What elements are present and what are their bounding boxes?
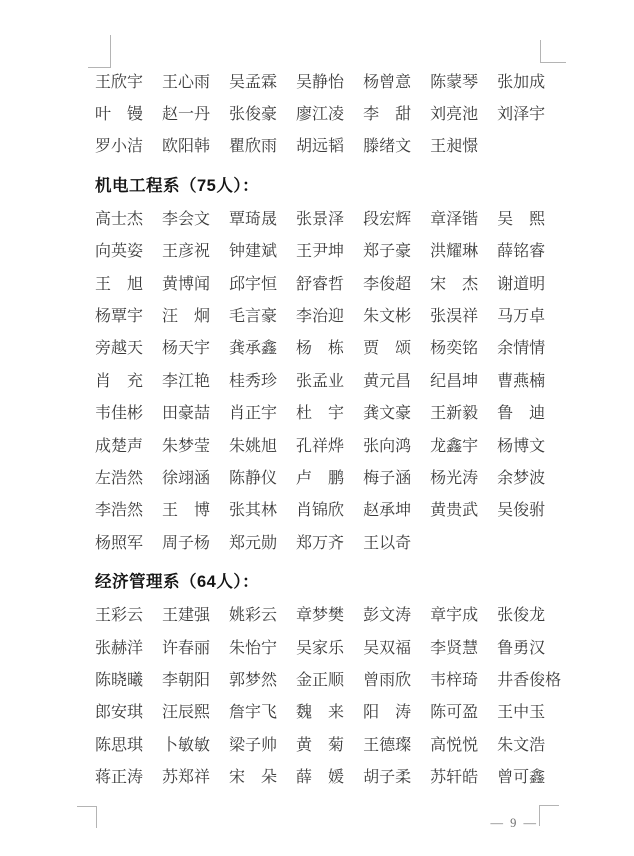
- student-name: 梅子涵: [363, 465, 411, 488]
- student-name: 杨光涛: [430, 465, 478, 488]
- student-name: 龚文豪: [363, 400, 411, 423]
- student-name: 舒睿哲: [296, 271, 344, 294]
- student-name: 黄博闻: [162, 271, 210, 294]
- name-row: 向英姿王彦祝钟建斌王尹坤郑子豪洪耀琳薛铭睿: [95, 234, 565, 266]
- student-name: 王以奇: [363, 530, 411, 553]
- student-name: 曾可鑫: [497, 764, 545, 787]
- student-name: 李江艳: [162, 368, 210, 391]
- student-name: 薛铭睿: [497, 238, 545, 261]
- student-name: 杜 宇: [296, 400, 344, 423]
- student-name: 高悦悦: [430, 732, 478, 755]
- student-name: 毛言豪: [229, 303, 277, 326]
- student-name: 杨照军: [95, 530, 143, 553]
- page-background: 王欣宇王心雨吴孟霖吴静怡杨曾意陈蒙琴张加成叶 镘赵一丹张俊豪廖江凌李 甜刘亮池刘…: [0, 0, 634, 856]
- student-name: 金正顺: [296, 667, 344, 690]
- student-name: 詹宇飞: [229, 699, 277, 722]
- student-name: 李会文: [162, 206, 210, 229]
- student-name: 苏轩皓: [430, 764, 478, 787]
- student-name: 薛 媛: [296, 764, 344, 787]
- student-name: 张俊龙: [497, 602, 545, 625]
- student-name: 王 旭: [95, 271, 143, 294]
- student-name: 郑子豪: [363, 238, 411, 261]
- student-name: 邱宇恒: [229, 271, 277, 294]
- student-name: 王 博: [162, 497, 210, 520]
- student-name: 郎安琪: [95, 699, 143, 722]
- student-name: 肖 充: [95, 368, 143, 391]
- student-name: 滕绪文: [363, 133, 411, 156]
- student-name: 张加成: [497, 69, 545, 92]
- student-name: 覃琦晟: [229, 206, 277, 229]
- student-name: 马万卓: [497, 303, 545, 326]
- student-name: 宋 朵: [229, 764, 277, 787]
- student-name: 吴孟霖: [229, 69, 277, 92]
- name-row: 高士杰李会文覃琦晟张景泽段宏辉章泽锴吴 熙: [95, 201, 565, 233]
- student-name: 胡子柔: [363, 764, 411, 787]
- student-name: 许春丽: [162, 635, 210, 658]
- student-name: 杨 栋: [296, 335, 344, 358]
- student-name: 鲁 迪: [497, 400, 545, 423]
- student-name: 贾 颂: [363, 335, 411, 358]
- name-row: 左浩然徐翊涵陈静仪卢 鹏梅子涵杨光涛余梦波: [95, 460, 565, 492]
- student-name: 张孟业: [296, 368, 344, 391]
- student-name: 朱文彬: [363, 303, 411, 326]
- student-name: 田豪喆: [162, 400, 210, 423]
- name-row: 蒋正涛苏郑祥宋 朵薛 媛胡子柔苏轩皓曾可鑫: [95, 759, 565, 791]
- student-name: 纪昌坤: [430, 368, 478, 391]
- student-name: 黄贵武: [430, 497, 478, 520]
- student-name: 赵承坤: [363, 497, 411, 520]
- student-name: 汪辰熙: [162, 699, 210, 722]
- student-name: 张景泽: [296, 206, 344, 229]
- student-name: 叶 镘: [95, 101, 143, 124]
- student-name: 刘亮池: [430, 101, 478, 124]
- name-row: 陈晓曦李朝阳郭梦然金正顺曾雨欣韦梓琦井香俊格: [95, 662, 565, 694]
- student-name: 魏 来: [296, 699, 344, 722]
- student-name: 欧阳韩: [162, 133, 210, 156]
- student-name: 吴 熙: [497, 206, 545, 229]
- student-name: 杨曾意: [363, 69, 411, 92]
- student-name: 卢 鹏: [296, 465, 344, 488]
- student-name: 王彩云: [95, 602, 143, 625]
- name-row: 成楚声朱梦莹朱姚旭孔祥烨张向鸿龙鑫宇杨博文: [95, 428, 565, 460]
- student-name: 王德璨: [363, 732, 411, 755]
- name-row: 肖 充李江艳桂秀珍张孟业黄元昌纪昌坤曹燕楠: [95, 363, 565, 395]
- student-name: 张赫洋: [95, 635, 143, 658]
- name-row: 王欣宇王心雨吴孟霖吴静怡杨曾意陈蒙琴张加成: [95, 64, 565, 96]
- student-name: 余情情: [497, 335, 545, 358]
- student-name: 瞿欣雨: [229, 133, 277, 156]
- crop-mark-bottom-left: [77, 806, 97, 828]
- student-name: 周子杨: [162, 530, 210, 553]
- student-name: 左浩然: [95, 465, 143, 488]
- student-name: 彭文涛: [363, 602, 411, 625]
- student-name: 陈可盈: [430, 699, 478, 722]
- student-name: 余梦波: [497, 465, 545, 488]
- student-name: 陈思琪: [95, 732, 143, 755]
- student-name: 阳 涛: [363, 699, 411, 722]
- student-name: 洪耀琳: [430, 238, 478, 261]
- student-name: 王心雨: [162, 69, 210, 92]
- crop-mark-bottom-right: [539, 805, 559, 826]
- document-body: 王欣宇王心雨吴孟霖吴静怡杨曾意陈蒙琴张加成叶 镘赵一丹张俊豪廖江凌李 甜刘亮池刘…: [95, 64, 565, 792]
- student-name: 王建强: [162, 602, 210, 625]
- student-name: 段宏辉: [363, 206, 411, 229]
- student-name: 吴双福: [363, 635, 411, 658]
- student-name: 杨博文: [497, 433, 545, 456]
- student-name: 王欣宇: [95, 69, 143, 92]
- student-name: 韦佳彬: [95, 400, 143, 423]
- student-name: 旁越天: [95, 335, 143, 358]
- student-name: 朱怡宁: [229, 635, 277, 658]
- student-name: 鲁勇汉: [497, 635, 545, 658]
- student-name: 苏郑祥: [162, 764, 210, 787]
- student-name: 王彦祝: [162, 238, 210, 261]
- name-row: 叶 镘赵一丹张俊豪廖江凌李 甜刘亮池刘泽宇: [95, 96, 565, 128]
- student-name: 刘泽宇: [497, 101, 545, 124]
- student-name: 陈晓曦: [95, 667, 143, 690]
- student-name: 李 甜: [363, 101, 411, 124]
- student-name: 宋 杰: [430, 271, 478, 294]
- student-name: 黄元昌: [363, 368, 411, 391]
- student-name: 钟建斌: [229, 238, 277, 261]
- student-name: 廖江凌: [296, 101, 344, 124]
- name-row: 王 旭黄博闻邱宇恒舒睿哲李俊超宋 杰谢道明: [95, 266, 565, 298]
- student-name: 张向鸿: [363, 433, 411, 456]
- student-name: 孔祥烨: [296, 433, 344, 456]
- student-name: 蒋正涛: [95, 764, 143, 787]
- page-number: — 9 —: [491, 816, 539, 831]
- student-name: 郭梦然: [229, 667, 277, 690]
- name-row: 韦佳彬田豪喆肖正宇杜 宇龚文豪王新毅鲁 迪: [95, 396, 565, 428]
- student-name: 王中玉: [497, 699, 545, 722]
- student-name: 向英姿: [95, 238, 143, 261]
- student-name: 王尹坤: [296, 238, 344, 261]
- student-name: 黄 菊: [296, 732, 344, 755]
- student-name: 张其林: [229, 497, 277, 520]
- student-name: 姚彩云: [229, 602, 277, 625]
- student-name: 高士杰: [95, 206, 143, 229]
- section-header: 机电工程系（75人）：: [95, 167, 565, 201]
- student-name: 章梦樊: [296, 602, 344, 625]
- student-name: 朱姚旭: [229, 433, 277, 456]
- student-name: 龚承鑫: [229, 335, 277, 358]
- name-row: 杨覃宇汪 炯毛言豪李治迎朱文彬张淏祥马万卓: [95, 298, 565, 330]
- student-name: 朱梦莹: [162, 433, 210, 456]
- student-name: 桂秀珍: [229, 368, 277, 391]
- student-name: 李朝阳: [162, 667, 210, 690]
- crop-mark-top-right: [540, 40, 566, 63]
- document-page: { "page": { "number_label": "— 9 —" }, "…: [0, 0, 634, 856]
- name-row: 罗小洁欧阳韩瞿欣雨胡远韬滕绪文王昶憬: [95, 129, 565, 161]
- student-name: 李治迎: [296, 303, 344, 326]
- student-name: 陈蒙琴: [430, 69, 478, 92]
- name-row: 王彩云王建强姚彩云章梦樊彭文涛章宇成张俊龙: [95, 597, 565, 629]
- student-name: 曾雨欣: [363, 667, 411, 690]
- student-name: 章泽锴: [430, 206, 478, 229]
- section-header: 经济管理系（64人）：: [95, 563, 565, 597]
- student-name: 吴家乐: [296, 635, 344, 658]
- name-row: 郎安琪汪辰熙詹宇飞魏 来阳 涛陈可盈王中玉: [95, 695, 565, 727]
- student-name: 李贤慧: [430, 635, 478, 658]
- student-name: 肖锦欣: [296, 497, 344, 520]
- student-name: 井香俊格: [497, 667, 561, 690]
- name-row: 杨照军周子杨郑元勋郑万齐王以奇: [95, 525, 565, 557]
- student-name: 郑万齐: [296, 530, 344, 553]
- student-name: 肖正宇: [229, 400, 277, 423]
- student-name: 吴俊驸: [497, 497, 545, 520]
- student-name: 杨天宇: [162, 335, 210, 358]
- student-name: 郑元勋: [229, 530, 277, 553]
- student-name: 杨覃宇: [95, 303, 143, 326]
- student-name: 王新毅: [430, 400, 478, 423]
- student-name: 卜敏敏: [162, 732, 210, 755]
- student-name: 王昶憬: [430, 133, 478, 156]
- student-name: 章宇成: [430, 602, 478, 625]
- student-name: 吴静怡: [296, 69, 344, 92]
- student-name: 成楚声: [95, 433, 143, 456]
- student-name: 谢道明: [497, 271, 545, 294]
- student-name: 胡远韬: [296, 133, 344, 156]
- student-name: 赵一丹: [162, 101, 210, 124]
- student-name: 朱文浩: [497, 732, 545, 755]
- student-name: 罗小洁: [95, 133, 143, 156]
- student-name: 徐翊涵: [162, 465, 210, 488]
- student-name: 杨奕铭: [430, 335, 478, 358]
- name-row: 李浩然王 博张其林肖锦欣赵承坤黄贵武吴俊驸: [95, 493, 565, 525]
- student-name: 李俊超: [363, 271, 411, 294]
- name-row: 陈思琪卜敏敏梁子帅黄 菊王德璨高悦悦朱文浩: [95, 727, 565, 759]
- student-name: 梁子帅: [229, 732, 277, 755]
- student-name: 李浩然: [95, 497, 143, 520]
- student-name: 韦梓琦: [430, 667, 478, 690]
- name-row: 张赫洋许春丽朱怡宁吴家乐吴双福李贤慧鲁勇汉: [95, 630, 565, 662]
- name-row: 旁越天杨天宇龚承鑫杨 栋贾 颂杨奕铭余情情: [95, 331, 565, 363]
- student-name: 龙鑫宇: [430, 433, 478, 456]
- student-name: 张淏祥: [430, 303, 478, 326]
- student-name: 曹燕楠: [497, 368, 545, 391]
- student-name: 汪 炯: [162, 303, 210, 326]
- student-name: 张俊豪: [229, 101, 277, 124]
- student-name: 陈静仪: [229, 465, 277, 488]
